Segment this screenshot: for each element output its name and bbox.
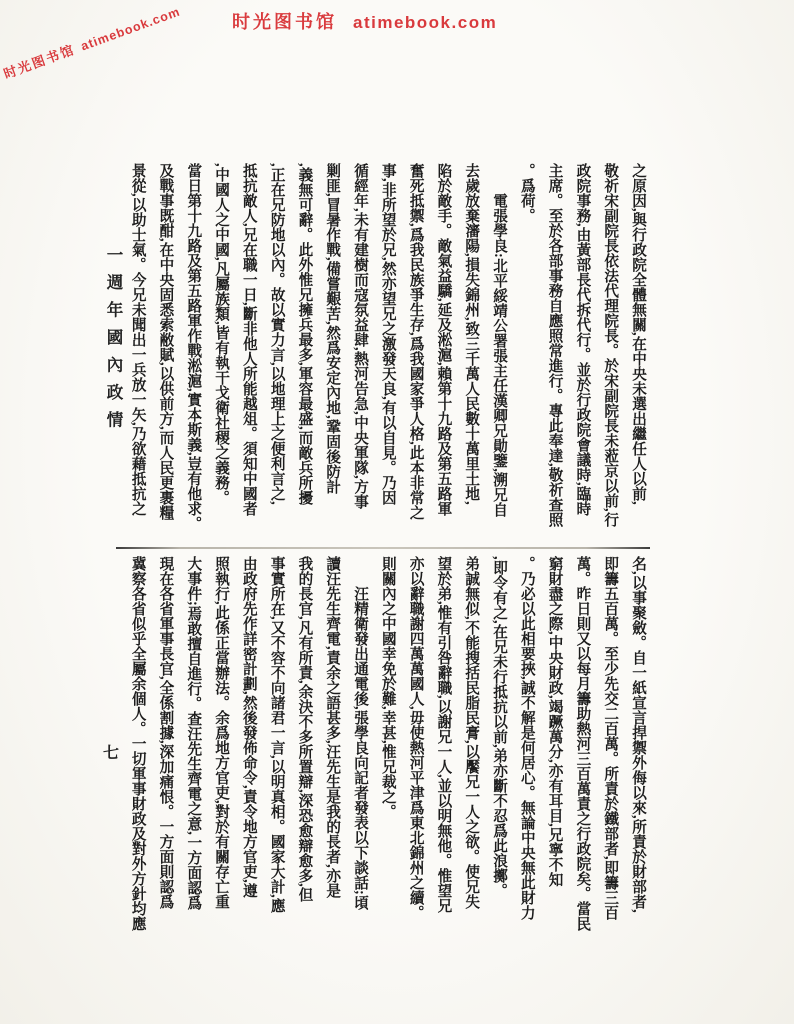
text-column: 我的長官,凡有所責,余決不多所置辯,深恐愈辯愈多,但 bbox=[290, 556, 318, 944]
text-column: 現在各省軍事長官,全係割據,深加痛恨。一方面則認爲 bbox=[151, 556, 179, 944]
text-column: 奮死抵禦,爲我民族爭生存,爲我國家爭人格,此本非常之 bbox=[401, 163, 429, 551]
watermark-site-url: atimebook.com bbox=[353, 13, 497, 32]
text-column: 窮財盡之際,中央財政,竭蹶萬分,亦有耳目,兄寧不知 bbox=[540, 556, 568, 944]
text-column: 望於弟,惟有引咎辭職,以謝兄一人,並以明無他。惟望兄 bbox=[429, 556, 457, 944]
text-column: 主席。至於各部事務自應照常進行。專此奉達,敬祈查照 bbox=[540, 163, 568, 551]
text-column: 政院事務,由黃部長代拆代行。並於行政院會議時,臨時 bbox=[568, 163, 596, 551]
chapter-side-label: 一週年國內政情 bbox=[101, 246, 125, 439]
text-column: ,即令有之,在兄未行抵抗以前,弟亦斷不忍爲此浪擲。 bbox=[484, 556, 512, 944]
text-column: 則關內之中國幸免於難,幸甚,惟兄裁之。 bbox=[373, 556, 401, 944]
bottom-text-block: 名,以事聚斂。自一紙宣言捍禦外侮以來,所責於財部者, 即籌五百萬。至少先交二百萬… bbox=[123, 556, 651, 944]
text-column: 去歲放棄瀋陽,損失錦州,致三千萬人民數十萬里土地, bbox=[456, 163, 484, 551]
text-column: 冀察各省似乎全屬余個人。一切軍事財政及對外方針均應 bbox=[123, 556, 151, 944]
text-column: 陷於敵手。敵氣益驕,延及淞滬,賴第十九路及第五路軍 bbox=[429, 163, 457, 551]
text-column: 由政府先作詳密計劃,然後發佈命令,責令地方官吏,遵 bbox=[234, 556, 262, 944]
text-column: 大事件;焉敢擅自進行。查汪先生齊電之意,一方面認爲 bbox=[178, 556, 206, 944]
text-column: 敬祈宋副院長依法代理院長。於宋副院長未蒞京以前,行 bbox=[595, 163, 623, 551]
text-column: ,義無可辭。此外惟兄擁兵最多,軍容最盛,而敵兵所擾 bbox=[290, 163, 318, 551]
watermark-site-name: 时光图书馆 bbox=[2, 42, 78, 82]
text-column: 循經年,未有建樹而寇氛益肆,熱河告急,中央軍隊,方事 bbox=[345, 163, 373, 551]
text-column: 亦以辭職謝四萬萬國人,毋使熱河平津爲東北錦州之續。 bbox=[401, 556, 429, 944]
top-text-block: 之原因,與行政院全體無關,在中央未選出繼任人以前, 敬祈宋副院長依法代理院長。於… bbox=[123, 163, 651, 551]
text-column: 之原因,與行政院全體無關,在中央未選出繼任人以前, bbox=[623, 163, 651, 551]
text-column: 當日第十九路及第五路軍作戰淞滬,實本斯義,豈有他求。 bbox=[178, 163, 206, 551]
text-column: 照執行,此係正當辦法。余爲地方官吏,對於有關存亡重 bbox=[206, 556, 234, 944]
text-column: ,正在兄防地以內。故以實力言,以地理上之便利言之, bbox=[262, 163, 290, 551]
text-column: 及戰事既酣,在中央固悉索敝賦,以供前方,而人民更裹糧 bbox=[151, 163, 179, 551]
text-column: 電張學良:北平綏靖公署張主任漢卿兄勛鑒,溯兄自 bbox=[484, 163, 512, 551]
text-column: 景從,以助士氣。今兄未聞出一兵放一矢,乃欲藉抵抗之 bbox=[123, 163, 151, 551]
text-column: ,中國人之中國,凡屬族類,皆有執干戈衛社稷之義務。 bbox=[206, 163, 234, 551]
watermark-top: 时光图书馆atimebook.com bbox=[232, 8, 497, 34]
text-column: 讀汪先生齊電,責余之語甚多,汪先生是我的長者,亦是 bbox=[317, 556, 345, 944]
watermark-site-url: atimebook.com bbox=[79, 5, 182, 54]
watermark-diagonal: 时光图书馆atimebook.com bbox=[1, 1, 183, 84]
text-column: 事,非所望於兄,然亦望兄之激發天良,有以自見。乃因 bbox=[373, 163, 401, 551]
text-column: 剿匪,冒暑作戰,備嘗艱苦,然爲安定內地,鞏固後防計 bbox=[317, 163, 345, 551]
text-column: 汪精衛發出通電後,張學良向記者發表以下談話;頃 bbox=[345, 556, 373, 944]
text-column: 。爲荷。 bbox=[512, 163, 540, 551]
text-column: 抵抗敵人,兄在職一日,斷非他人所能越俎。須知中國者 bbox=[234, 163, 262, 551]
section-divider bbox=[116, 547, 650, 549]
text-column: 事實所在,又不容不向諸君一言,以明真相。國家大計,應 bbox=[262, 556, 290, 944]
text-column: 弟誠無似,不能搜括民脂民膏,以饜兄一人之欲。使兄失 bbox=[456, 556, 484, 944]
watermark-site-name: 时光图书馆 bbox=[232, 12, 337, 32]
page-number: 七 bbox=[103, 740, 119, 763]
text-column: 即籌五百萬。至少先交二百萬。所責於鐵部者,即籌三百 bbox=[595, 556, 623, 944]
text-column: 名,以事聚斂。自一紙宣言捍禦外侮以來,所責於財部者, bbox=[623, 556, 651, 944]
text-column: 。乃必以此相要挾,誠不解是何居心。無論中央無此財力 bbox=[512, 556, 540, 944]
text-column: 萬。昨日則又以每月籌助熱河三百萬責之行政院矣。當民 bbox=[568, 556, 596, 944]
